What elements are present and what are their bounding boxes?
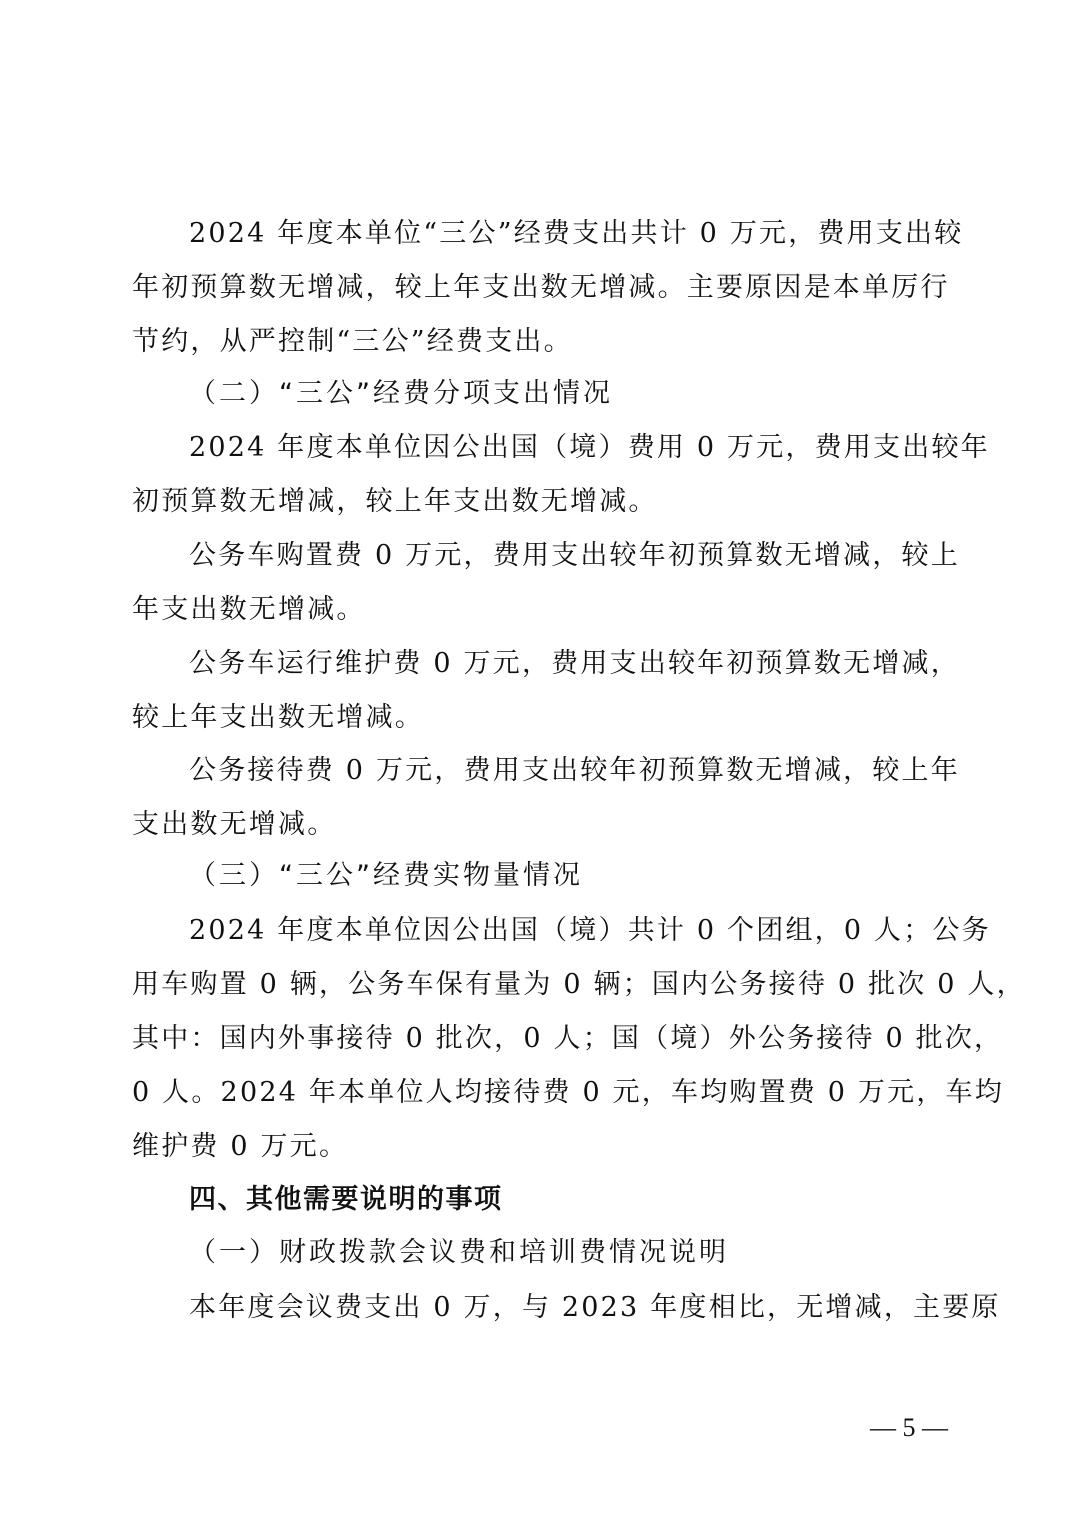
paragraph-line: 维护费 0 万元。 bbox=[132, 1127, 944, 1167]
document-page: 2024 年度本单位“三公”经费支出共计 0 万元，费用支出较 年初预算数无增减… bbox=[0, 0, 1075, 1520]
paragraph-line: 年支出数无增减。 bbox=[132, 590, 944, 630]
subheading-itemized-expenses: （二）“三公”经费分项支出情况 bbox=[189, 374, 944, 414]
paragraph-line: 支出数无增减。 bbox=[132, 805, 944, 845]
subheading-physical-quantities: （三）“三公”经费实物量情况 bbox=[189, 856, 944, 896]
paragraph-line: 公务接待费 0 万元，费用支出较年初预算数无增减，较上年 bbox=[189, 751, 944, 791]
paragraph-line: 2024 年度本单位“三公”经费支出共计 0 万元，费用支出较 bbox=[189, 214, 944, 254]
page-number: — 5 — bbox=[858, 1410, 948, 1446]
paragraph-line: 年初预算数无增减，较上年支出数无增减。主要原因是本单厉行 bbox=[132, 268, 944, 308]
paragraph-line: 0 人。2024 年本单位人均接待费 0 元，车均购置费 0 万元，车均 bbox=[132, 1073, 944, 1113]
subheading-meeting-training-fees: （一）财政拨款会议费和培训费情况说明 bbox=[189, 1233, 944, 1273]
paragraph-line: 其中：国内外事接待 0 批次，0 人；国（境）外公务接待 0 批次， bbox=[132, 1019, 944, 1059]
paragraph-line: 较上年支出数无增减。 bbox=[132, 698, 944, 738]
paragraph-line: 本年度会议费支出 0 万，与 2023 年度相比，无增减，主要原 bbox=[189, 1288, 944, 1328]
paragraph-line: 公务车运行维护费 0 万元，费用支出较年初预算数无增减， bbox=[189, 644, 944, 684]
paragraph-line: 2024 年度本单位因公出国（境）费用 0 万元，费用支出较年 bbox=[189, 428, 944, 468]
paragraph-line: 节约，从严控制“三公”经费支出。 bbox=[132, 322, 944, 362]
section-heading-other-matters: 四、其他需要说明的事项 bbox=[189, 1180, 944, 1220]
paragraph-line: 用车购置 0 辆，公务车保有量为 0 辆；国内公务接待 0 批次 0 人， bbox=[132, 965, 944, 1005]
paragraph-line: 初预算数无增减，较上年支出数无增减。 bbox=[132, 482, 944, 522]
paragraph-line: 2024 年度本单位因公出国（境）共计 0 个团组，0 人；公务 bbox=[189, 911, 944, 951]
paragraph-line: 公务车购置费 0 万元，费用支出较年初预算数无增减，较上 bbox=[189, 536, 944, 576]
